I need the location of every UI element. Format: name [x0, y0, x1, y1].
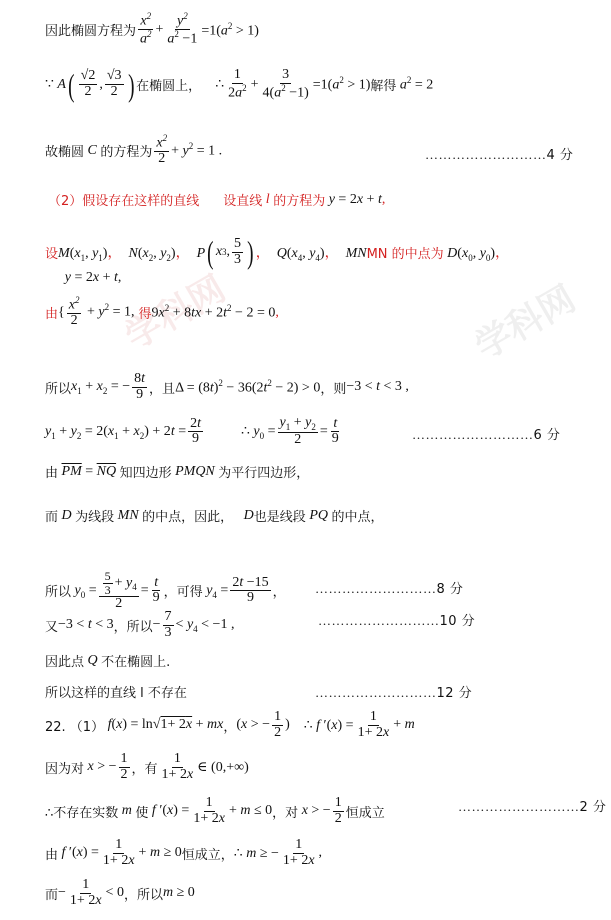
sum-y-midpoint: y1 + y2 = 2(x1 + x2) + 2t = 2t9 ∴ y0 = y… [45, 416, 343, 448]
m-conclusion: 而 − 11+ 2x < 0 ，所以 m ≥ 0 [45, 878, 195, 908]
ellipse-equation-general: 因此椭圆方程为 x2a2 + y2a2 −1 =1(a2 > 1) [45, 12, 259, 48]
no-real-m: ∴不存在实数 m 使 f ′(x) = 11+ 2x + m ≤ 0 ，对 x … [45, 796, 385, 826]
system-of-equations: 由 { y = 2x + t, x22 + y2 = 1, 得 9x2 + 8t… [45, 296, 279, 329]
point-a-condition: ∵ A ( √22, √32 ) 在椭圆上， ∴ 12a2 + 34(a2 −1… [45, 68, 433, 101]
range-statement: 因为对 x > − 12 ，有 11+ 2x ∈ (0,+∞) [45, 752, 249, 782]
ellipse-c-equation: 故椭圆 C 的方程为 x22 + y2 = 1 . [45, 134, 222, 167]
points-definition: 设 M(x1, y1)， N(x2, y2)， P (x3,53) ， Q(x4… [45, 236, 509, 268]
text: 因此椭圆方程为 [45, 20, 136, 39]
part-2-assumption: （2）假设存在这样的直线 设直线 l 的方程为 y = 2x + t , [48, 190, 385, 209]
score-2: ………………………2 分 [458, 796, 606, 815]
midpoint-statement: 而 D 为线段 MN 的中点，因此， D 也是线段 PQ 的中点， [45, 506, 384, 525]
score-6: ………………………6 分 [412, 424, 560, 443]
y4-range: 又 −3 < t < 3 ，所以 − 73 < y4 < −1 , [45, 610, 234, 640]
problem-22-part-1: 22. （1） f(x) = ln√1+ 2x + mx ， (x > − 12… [45, 710, 415, 740]
conclusion-no-line: 所以这样的直线 l 不存在 [45, 682, 187, 701]
parallelogram-statement: 由 PM = NQ 知四边形 PMQN 为平行四边形， [45, 462, 309, 481]
score-8: ………………………8 分 [315, 578, 463, 597]
watermark-logo-2: 学科网 [464, 271, 583, 369]
q-not-on-ellipse: 因此点 Q 不在椭圆上. [45, 651, 170, 670]
score-4: ………………………4 分 [425, 144, 573, 163]
score-12: ………………………12 分 [315, 682, 472, 701]
score-10: ………………………10 分 [318, 610, 475, 629]
m-condition: 由 f ′(x) = 11+ 2x + m ≥ 0 恒成立， ∴ m ≥ − 1… [45, 838, 322, 868]
sum-x-discriminant: 所以 x1 + x2 = − 8t9 ，且 Δ = (8t)2 − 36(2t2… [45, 372, 409, 402]
y4-derivation: 所以 y0 = 53+ y42 = t9 ，可得 y4 = 2t −159 ， [45, 570, 286, 612]
